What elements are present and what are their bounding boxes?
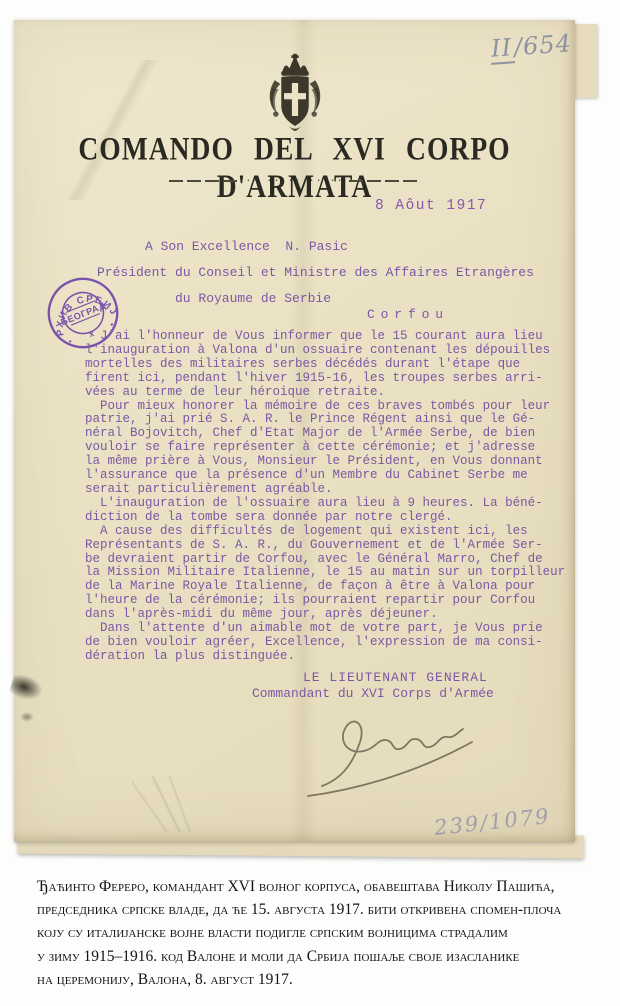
tline: L'inauguration de l'ossuaire aura lieu à… <box>85 497 581 511</box>
tline: vouloir se faire représenter à cette cér… <box>85 441 581 455</box>
divider-rule-left <box>169 180 241 182</box>
addr-line: A Son Excellence N. Pasic <box>145 234 575 260</box>
tline: de la Marine Royale Italienne, de façon … <box>85 580 581 594</box>
tline: de bien vouloir agréer, Excellence, l'ex… <box>85 636 581 650</box>
handwritten-signature <box>292 706 487 806</box>
tline: la Mission Militaire Italienne, le 15 au… <box>85 566 581 580</box>
letter-paper: II/654 COMANDO DEL XVI CORPO D'ARMATA <box>14 20 575 842</box>
tline: J'ai l'honneur de Vous informer que le 1… <box>85 330 581 344</box>
archive-number-roman: II <box>489 33 515 65</box>
divider-dots: .. .. .. .. .. <box>245 178 343 180</box>
archive-number-rest: /654 <box>513 29 573 61</box>
tline: l'assurance que la présence d'un Membre … <box>85 469 581 483</box>
caption-text: Ђаћинто Фереро, командант XVI војног кор… <box>37 875 599 991</box>
tline: la même prière à Vous, Monsieur le Prési… <box>85 455 581 469</box>
tline: firent ici, pendant l'hiver 1915-16, les… <box>85 372 581 386</box>
tline: Pour mieux honorer la mémoire de ces bra… <box>85 400 581 414</box>
tline: l'heure de la cérémonie; ils pourraient … <box>85 594 581 608</box>
scanned-letter-photo: II/654 COMANDO DEL XVI CORPO D'ARMATA <box>0 0 620 1006</box>
archive-number-bottom: 239/1079 <box>433 804 551 840</box>
ink-smudge <box>8 672 46 705</box>
closing-rank: LE LIEUTENANT GENERAL <box>303 670 494 686</box>
tline: serait particulièrement agréable. <box>85 483 581 497</box>
caption-line: председника српске владе, да ће 15. авгу… <box>37 898 599 921</box>
tline: dans l'après-midi du même jour, après dé… <box>85 608 581 622</box>
ink-smudge-small <box>20 712 34 722</box>
caption-line: Ђаћинто Фереро, командант XVI војног кор… <box>37 875 599 898</box>
tline: Représentants de S. A. R., du Gouverneme… <box>85 539 581 553</box>
caption-line: коју су италијанске војне власти подигле… <box>37 921 599 944</box>
tline: vées au terme de leur héroique retraite. <box>85 386 581 400</box>
caption-line: у зиму 1915–1916. код Валоне и моли да С… <box>37 945 599 968</box>
tline: A cause des difficultés de logement qui … <box>85 525 581 539</box>
tline: dération la plus distinguée. <box>85 650 581 664</box>
tline: be devraient partir de Corfou, avec le G… <box>85 553 581 567</box>
pencil-scuff <box>132 776 202 832</box>
tline: diction de la tombe sera donnée par notr… <box>85 511 581 525</box>
tline: Dans l'attente d'un aimable mot de votre… <box>85 622 581 636</box>
addr-line: Président du Conseil et Ministre des Aff… <box>97 260 575 286</box>
tline: mortelles des militaires serbes décédés … <box>85 358 581 372</box>
letter-body: J'ai l'honneur de Vous informer que le 1… <box>85 330 581 664</box>
ornamental-divider: .. .. .. .. .. <box>169 180 421 182</box>
tline: l'inauguration à Valona d'un ossuaire co… <box>85 344 581 358</box>
savoy-coat-of-arms-icon <box>263 52 327 136</box>
archive-number-handwritten: II/654 <box>489 29 573 63</box>
tline: néral Bojovitch, Chef d'Etat Major de l'… <box>85 427 581 441</box>
tline: patrie, j'ai prié S. A. R. le Prince Rég… <box>85 413 581 427</box>
divider-rule-right <box>349 180 421 182</box>
addr-line: Corfou <box>367 302 575 328</box>
closing-command: Commandant du XVI Corps d'Armée <box>252 686 494 702</box>
letter-date: 8 Aôut 1917 <box>375 198 487 214</box>
caption-line: на церемонију, Валона, 8. август 1917. <box>37 968 599 991</box>
letterhead-title: COMANDO DEL XVI CORPO D'ARMATA <box>8 130 580 206</box>
closing-block: LE LIEUTENANT GENERAL Commandant du XVI … <box>252 670 494 702</box>
